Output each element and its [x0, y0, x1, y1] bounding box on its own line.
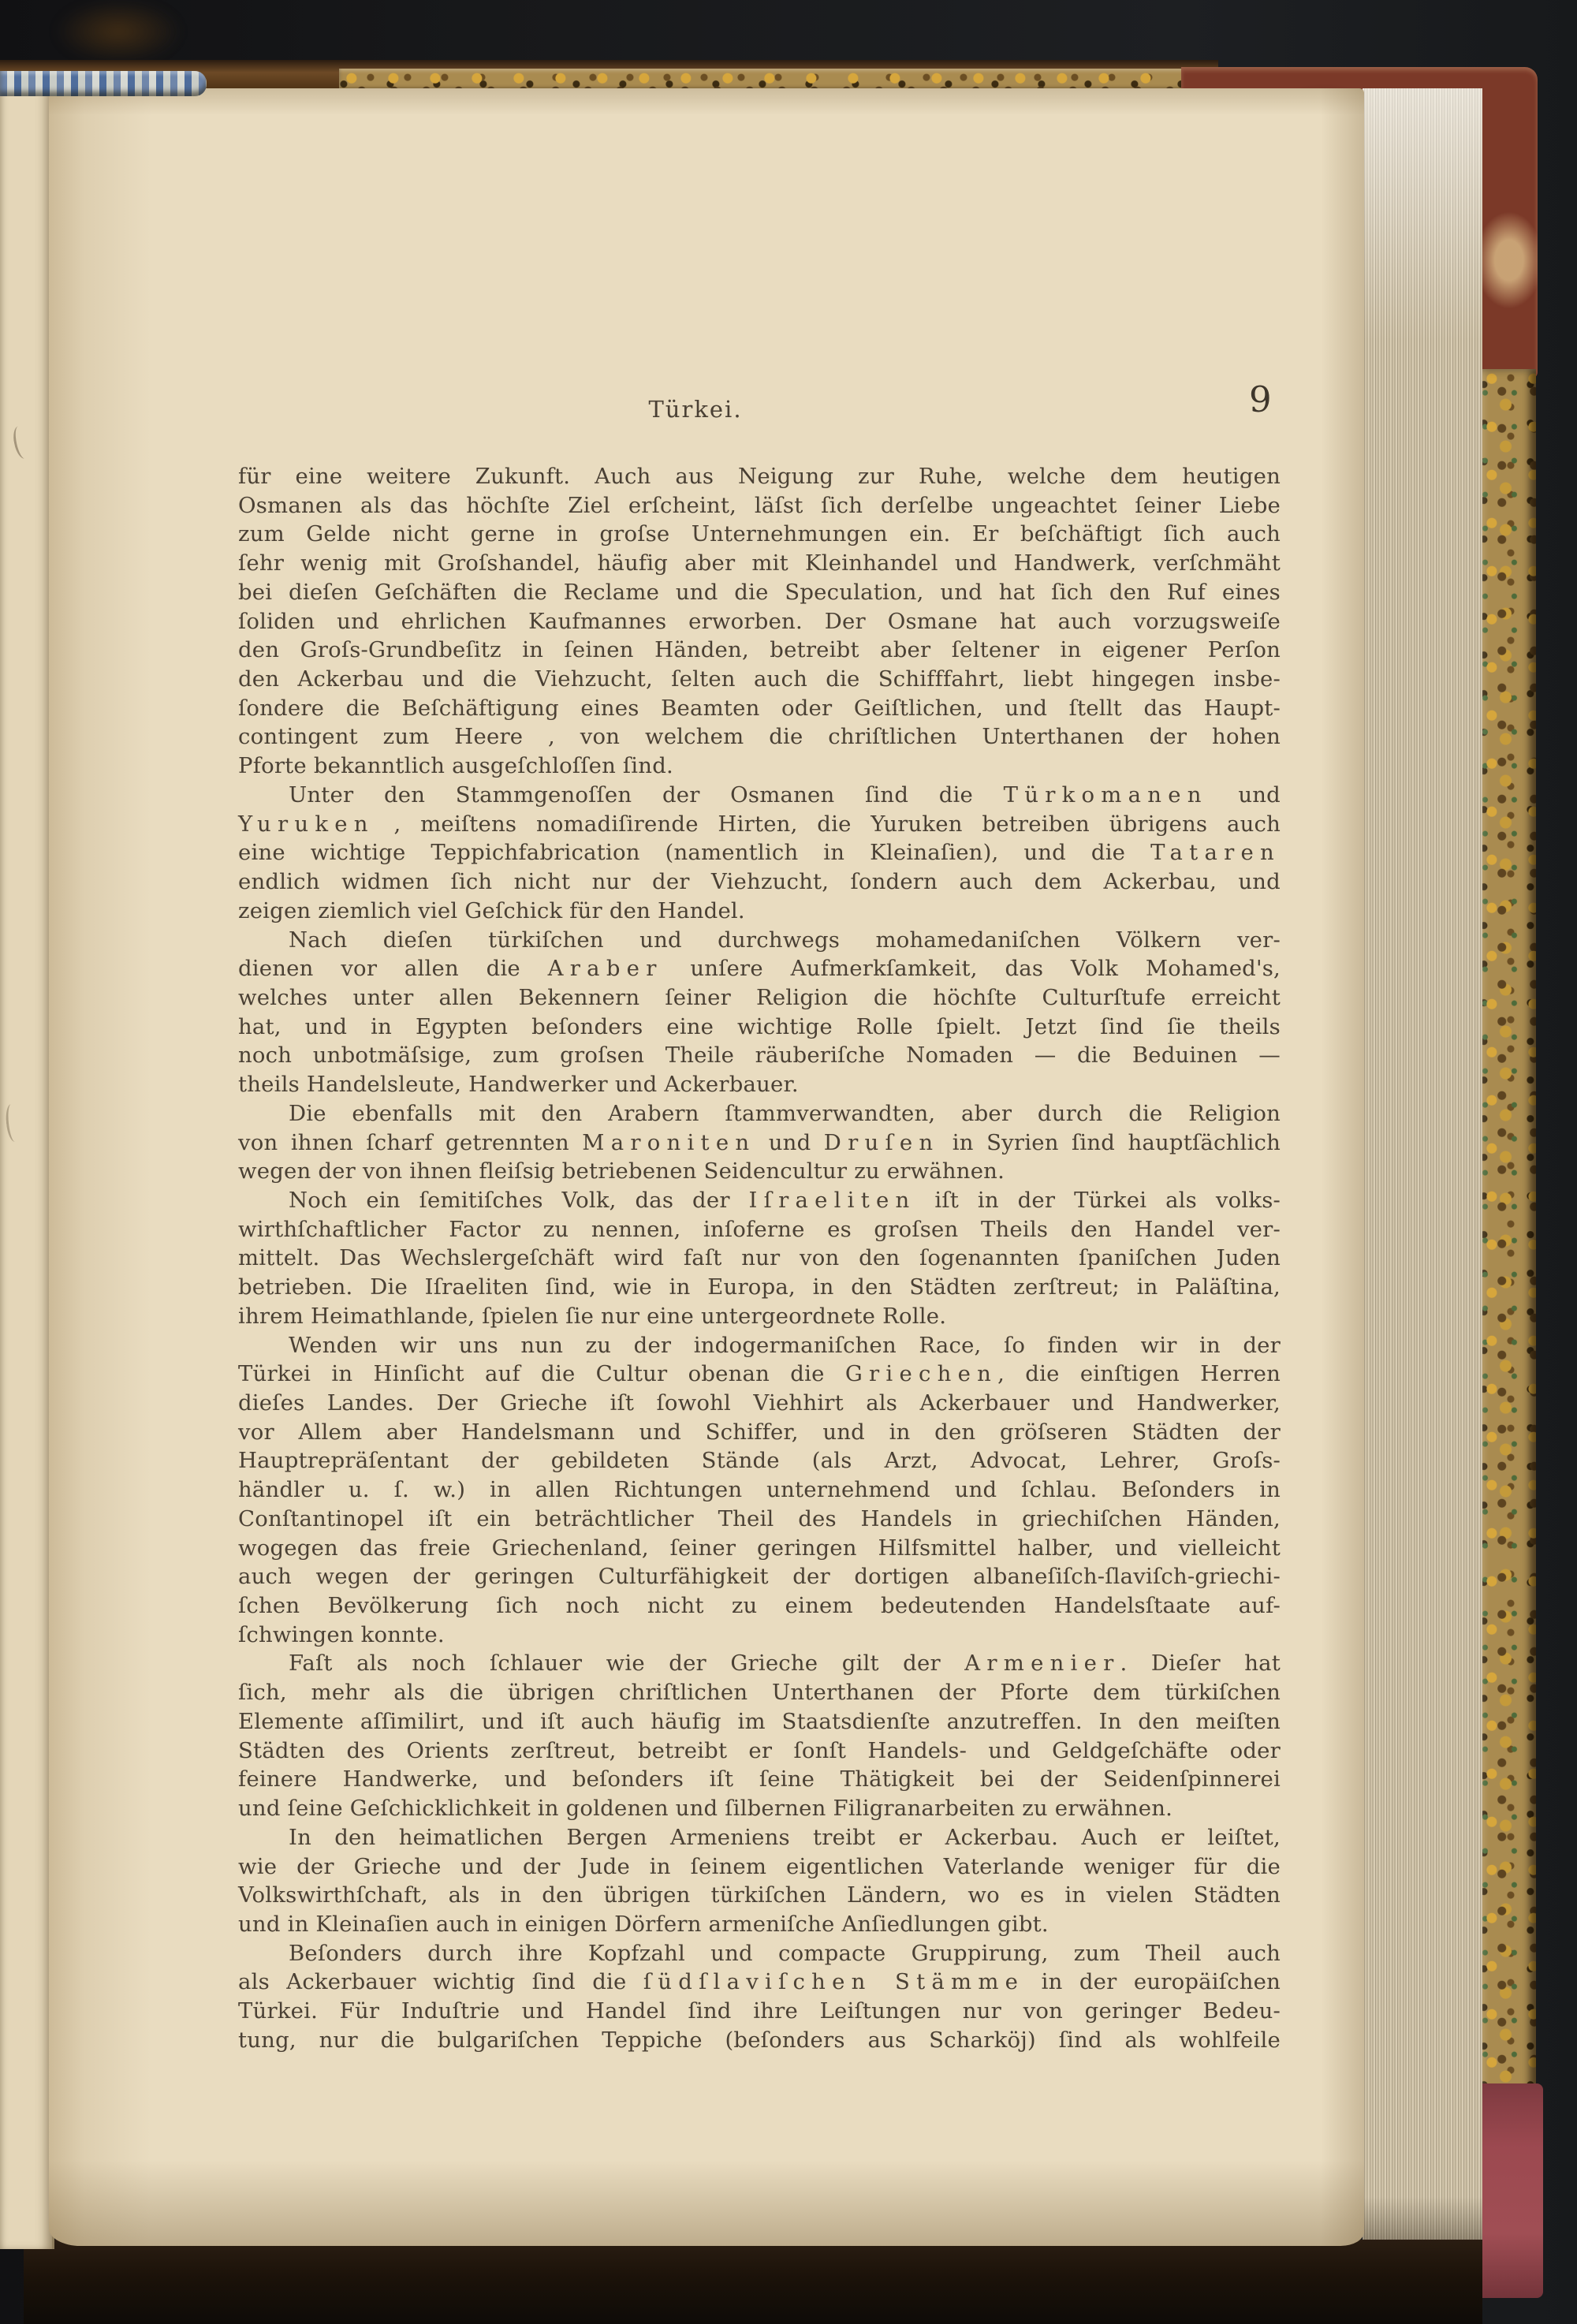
text-segment: , meiſtens nomadiſirende Hirten, die Yur…	[375, 811, 1281, 837]
text-line: ſchen Bevölkerung ſich noch nicht zu ein…	[238, 1591, 1281, 1621]
text-line: auch wegen der geringen Culturfähigkeit …	[238, 1562, 1281, 1591]
text-line: den Groſs-Grundbeſitz in ſeinen Händen, …	[238, 636, 1281, 665]
background-smudge	[55, 0, 181, 63]
text-segment: eine wichtige Teppichfabrication (nament…	[238, 840, 1150, 865]
emphasized-word: Griechen	[845, 1361, 997, 1386]
text-segment: und	[755, 1130, 823, 1155]
text-line: dieſes Landes. Der Grieche iſt ſowohl Vi…	[238, 1389, 1281, 1418]
text-segment: in Syrien ſind hauptſächlich	[939, 1130, 1281, 1155]
text-line: welches unter allen Bekennern ſeiner Rel…	[238, 983, 1281, 1013]
text-line: Pforte bekanntlich ausgeſchloſſen ſind.	[238, 752, 1281, 781]
text-line: ſoliden und ehrlichen Kaufmannes erworbe…	[238, 607, 1281, 636]
text-line: Die ebenfalls mit den Arabern ſtammverwa…	[238, 1099, 1281, 1128]
text-line: contingent zum Heere , von welchem die c…	[238, 722, 1281, 752]
text-segment: als Ackerbauer wichtig ſind die	[238, 1969, 643, 1994]
text-line: Noch ein ſemitiſches Volk, das der Iſrae…	[238, 1186, 1281, 1215]
text-line: In den heimatlichen Bergen Armeniens tre…	[238, 1823, 1281, 1852]
text-segment: , die einſtigen Herren	[997, 1361, 1281, 1386]
emphasized-word: Maroniten	[582, 1130, 755, 1155]
emphasized-word: Araber	[548, 956, 663, 981]
page-number: 9	[1249, 379, 1272, 420]
bottom-edge-shadow	[24, 2240, 1482, 2324]
text-line: wegen der von ihnen fleiſsig betriebenen…	[238, 1157, 1281, 1186]
text-segment: und	[1208, 782, 1281, 808]
text-line: Volkswirthſchaft, als in den übrigen tür…	[238, 1881, 1281, 1910]
text-line: Hauptrepräſentant der gebildeten Stände …	[238, 1446, 1281, 1475]
text-line: ihrem Heimathlande, ſpielen ſie nur eine…	[238, 1302, 1281, 1331]
text-line: zeigen ziemlich viel Geſchick für den Ha…	[238, 897, 1281, 926]
text-line: für eine weitere Zukunft. Auch aus Neigu…	[238, 462, 1281, 491]
text-line: Conſtantinopel iſt ein beträchtlicher Th…	[238, 1505, 1281, 1534]
text-line: Türkei. Für Induſtrie und Handel ſind ih…	[238, 1997, 1281, 2026]
text-line: endlich widmen ſich nicht nur der Viehzu…	[238, 867, 1281, 897]
text-segment: . Dieſer hat	[1120, 1651, 1281, 1676]
text-line: hat, und in Egypten beſonders eine wicht…	[238, 1013, 1281, 1042]
emphasized-word: Türkomanen	[1004, 782, 1208, 808]
page-text: für eine weitere Zukunft. Auch aus Neigu…	[238, 462, 1281, 2055]
text-segment: Unter den Stammgenoſſen der Osmanen ſind…	[289, 782, 1004, 808]
text-line: den Ackerbau und die Viehzucht, ſelten a…	[238, 665, 1281, 694]
text-segment: Noch ein ſemitiſches Volk, das der	[289, 1188, 749, 1213]
text-line: dienen vor allen die Araber unſere Aufme…	[238, 954, 1281, 983]
text-line: und ſeine Geſchicklichkeit in goldenen u…	[238, 1794, 1281, 1823]
text-line: von ihnen ſcharf getrennten Maroniten un…	[238, 1128, 1281, 1158]
text-segment: dienen vor allen die	[238, 956, 548, 981]
marbled-cover-edge	[1479, 369, 1536, 2091]
emphasized-word: Armenier	[964, 1651, 1120, 1676]
emphasized-word: Yuruken	[238, 811, 375, 837]
emphasized-word: Tataren	[1150, 840, 1281, 865]
text-line: wirthſchaftlicher Factor zu nennen, inſo…	[238, 1215, 1281, 1244]
emphasized-word: Druſen	[824, 1130, 940, 1155]
text-line: wie der Grieche und der Jude in ſeinem e…	[238, 1852, 1281, 1882]
text-line: Osmanen als das höchſte Ziel erſcheint, …	[238, 491, 1281, 520]
text-line: feinere Handwerke, und beſonders iſt ſei…	[238, 1765, 1281, 1794]
text-line: als Ackerbauer wichtig ſind die ſüdſlavi…	[238, 1968, 1281, 1997]
book-page: Türkei. 9 für eine weitere Zukunft. Auch…	[49, 88, 1364, 2246]
text-line: bei dieſen Geſchäften die Reclame und di…	[238, 578, 1281, 607]
text-line: Yuruken , meiſtens nomadiſirende Hirten,…	[238, 810, 1281, 839]
text-line: theils Handelsleute, Handwerker und Acke…	[238, 1070, 1281, 1099]
text-line: Unter den Stammgenoſſen der Osmanen ſind…	[238, 781, 1281, 810]
text-line: vor Allem aber Handelsmann und Schiffer,…	[238, 1418, 1281, 1447]
text-line: tung, nur die bulgariſchen Teppiche (beſ…	[238, 2026, 1281, 2055]
headband	[0, 71, 207, 96]
text-line: ſich, mehr als die übrigen chriſtlichen …	[238, 1678, 1281, 1707]
text-line: und in Kleinaſien auch in einigen Dörfer…	[238, 1910, 1281, 1939]
text-line: wogegen das freie Griechenland, ſeiner g…	[238, 1534, 1281, 1563]
text-segment: Türkei in Hinſicht auf die Cultur obenan…	[238, 1361, 845, 1386]
book-scan: Türkei. 9 für eine weitere Zukunft. Auch…	[0, 0, 1577, 2324]
fore-edge-pages	[1363, 88, 1482, 2252]
text-line: ſondere die Beſchäftigung eines Beamten …	[238, 694, 1281, 723]
previous-page-edge	[0, 88, 54, 2249]
text-line: händler u. ſ. w.) in allen Richtungen un…	[238, 1475, 1281, 1505]
emphasized-word: ſüdſlaviſchen Stämme	[643, 1969, 1024, 1994]
text-line: Faſt als noch ſchlauer wie der Grieche g…	[238, 1649, 1281, 1678]
text-line: Elemente aſſimilirt, und iſt auch häufig…	[238, 1707, 1281, 1736]
text-line: Wenden wir uns nun zu der indogermaniſch…	[238, 1331, 1281, 1360]
text-line: betrieben. Die Iſraeliten ſind, wie in E…	[238, 1273, 1281, 1302]
text-line: Beſonders durch ihre Kopfzahl und compac…	[238, 1939, 1281, 1968]
text-line: ſchwingen konnte.	[238, 1621, 1281, 1650]
text-line: eine wichtige Teppichfabrication (nament…	[238, 838, 1281, 867]
text-line: mittelt. Das Wechslergeſchäft wird faſt …	[238, 1244, 1281, 1273]
text-segment: unſere Aufmerkſamkeit, das Volk Mohamed'…	[663, 956, 1281, 981]
emphasized-word: Iſraeliten	[749, 1188, 916, 1213]
text-line: Nach dieſen türkiſchen und durchwegs moh…	[238, 926, 1281, 955]
text-segment: Faſt als noch ſchlauer wie der Grieche g…	[289, 1651, 964, 1676]
text-line: ſehr wenig mit Groſshandel, häufig aber …	[238, 549, 1281, 578]
text-line: zum Gelde nicht gerne in groſse Unterneh…	[238, 520, 1281, 549]
text-segment: iſt in der Türkei als volks-	[916, 1188, 1281, 1213]
text-segment: von ihnen ſcharf getrennten	[238, 1130, 582, 1155]
text-line: noch unbotmäſsige, zum groſsen Theile rä…	[238, 1041, 1281, 1070]
text-segment: in der europäiſchen	[1024, 1969, 1281, 1994]
text-line: Städten des Orients zerſtreut, betreibt …	[238, 1736, 1281, 1766]
text-line: Türkei in Hinſicht auf die Cultur obenan…	[238, 1360, 1281, 1389]
running-header: Türkei.	[207, 396, 1184, 423]
